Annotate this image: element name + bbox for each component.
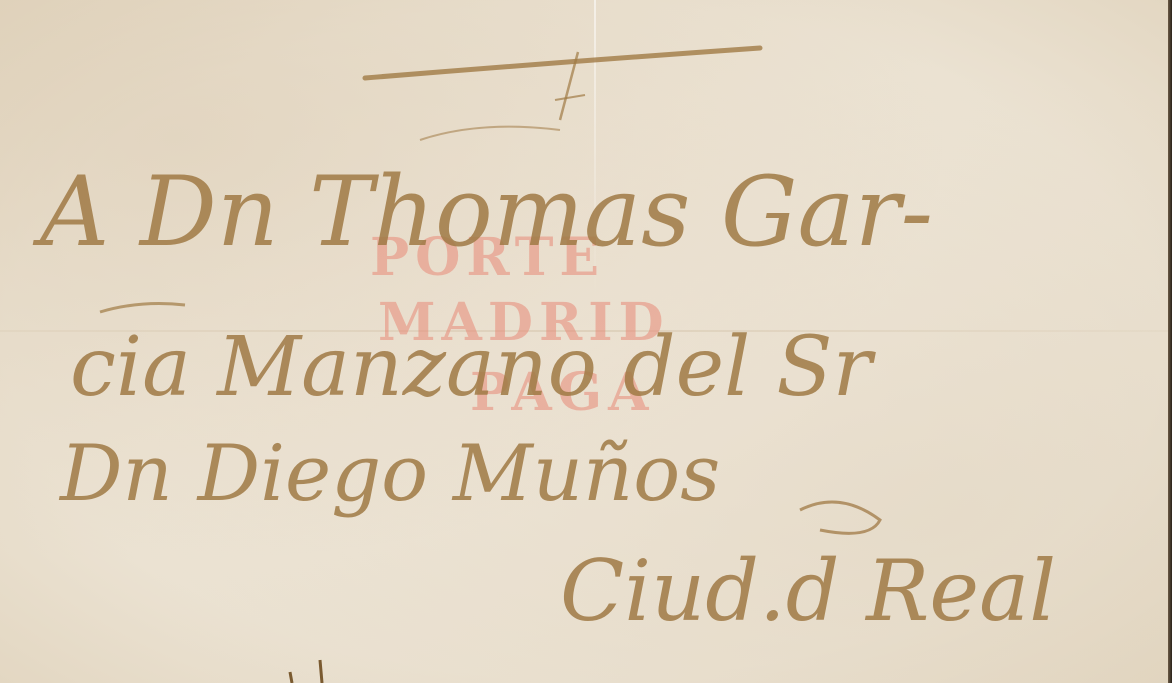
address-handwriting: A Dn Thomas Gar- cia Manzano del Sr Dn D… (0, 0, 1168, 683)
address-line-2: cia Manzano del Sr (70, 320, 877, 415)
sheet-edge-shadow (1168, 0, 1172, 683)
address-destination: Ciud.d Real (560, 542, 1056, 640)
letter-sheet: PORTE MADRID PAGA A Dn Thomas Gar- cia M… (0, 0, 1168, 683)
address-line-3: Dn Diego Muños (58, 429, 720, 519)
address-line-1: A Dn Thomas Gar- (32, 156, 933, 268)
